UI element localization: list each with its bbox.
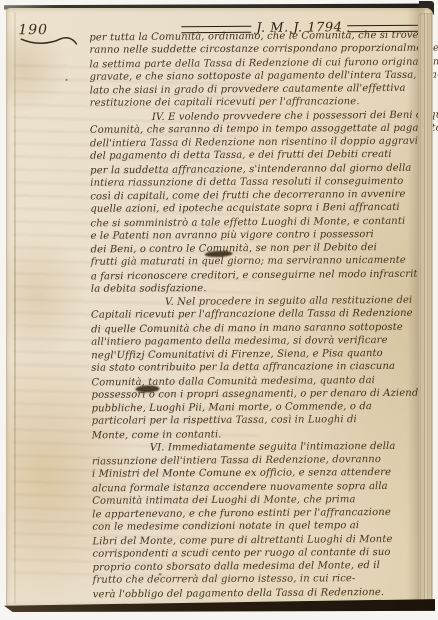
manuscript-line: dei Beni, o contro le Comunità, se non p… bbox=[91, 241, 431, 257]
manuscript-line: così di capitali, come dei frutti che de… bbox=[90, 188, 430, 204]
manuscript-line: i Ministri del Monte Comune ex officio, … bbox=[92, 466, 432, 481]
folio-flourish-icon bbox=[20, 35, 78, 49]
folio-number: 190 bbox=[18, 22, 48, 38]
manuscript-line: sia stato contribuito per la detta affra… bbox=[91, 360, 431, 375]
manuscript-line: per tutta la Comunità, ordiniamo, che le… bbox=[89, 29, 429, 45]
book-page-edges bbox=[418, 13, 433, 603]
manuscript-line: Monte, come in contanti. bbox=[92, 426, 432, 442]
manuscript-line: con le medesime condizioni notate in que… bbox=[92, 519, 432, 534]
manuscript-line: V. Nel procedere in seguito alla restitu… bbox=[165, 294, 431, 309]
manuscript-line: del pagamento di detta Tassa, e dei frut… bbox=[90, 148, 430, 163]
manuscript-line: particolari per la rispettiva Tassa, cos… bbox=[92, 413, 432, 428]
manuscript-line: Capitali ricevuti per l'affrancazione de… bbox=[91, 307, 431, 322]
manuscript-line: dell'intiera Tassa di Redenzione non ris… bbox=[90, 135, 430, 151]
ink-speck bbox=[159, 573, 162, 575]
manuscript-line: IV. E volendo provvedere che i possessor… bbox=[152, 108, 430, 124]
manuscript-line: di quelle Comunità che di mano in mano s… bbox=[91, 320, 431, 336]
ink-speck bbox=[66, 79, 68, 81]
manuscript-line: Libri del Monte, come pure di altrettant… bbox=[92, 532, 432, 548]
manuscript-line: quelle azioni, ed ipoteche acquistate so… bbox=[90, 201, 430, 216]
manuscript-scan: 190 J. M. J. 1794 per tutta la Comunità,… bbox=[0, 0, 438, 620]
manuscript-text: per tutta la Comunità, ordiniamo, che le… bbox=[89, 29, 432, 601]
manuscript-line: a farsi riconoscere creditori, e consegu… bbox=[91, 267, 431, 283]
manuscript-line: la settima parte della Tassa di Redenzio… bbox=[89, 55, 429, 71]
manuscript-line: per la suddetta affrancazione, s'intende… bbox=[90, 161, 430, 177]
manuscript-line: frutti già maturati in quel giorno; ma s… bbox=[91, 254, 431, 269]
manuscript-line: alcuna formale istanza accendere nuovame… bbox=[92, 479, 432, 495]
manuscript-page: 190 J. M. J. 1794 per tutta la Comunità,… bbox=[6, 8, 433, 608]
manuscript-line: verà l'obbligo del pagamento della Tassa… bbox=[93, 585, 433, 601]
manuscript-line: restituzione dei capitali ricevuti per l… bbox=[90, 95, 430, 110]
manuscript-line: lato che siasi in grado di provvedere ca… bbox=[90, 82, 430, 98]
manuscript-line: frutto che decorrerà dal giorno istesso,… bbox=[93, 572, 433, 587]
manuscript-line: ranno nelle suddette circostanze corrisp… bbox=[89, 42, 429, 57]
manuscript-line: che si somministrò a tale effetto Luoghi… bbox=[90, 214, 430, 230]
manuscript-line: negl'Uffizj Comunitativi di Firenze, Sie… bbox=[91, 347, 431, 363]
manuscript-line: pubbliche, Luoghi Pii, Mani morte, o Com… bbox=[92, 400, 432, 416]
page-content: 190 J. M. J. 1794 per tutta la Comunità,… bbox=[5, 7, 435, 610]
manuscript-line: proprio conto sborsato dalla medesima de… bbox=[93, 559, 433, 575]
manuscript-line: le appartenevano, e che furono estinti p… bbox=[92, 506, 432, 522]
manuscript-line: riassunzione dell'intiera Tassa di Reden… bbox=[92, 453, 432, 469]
